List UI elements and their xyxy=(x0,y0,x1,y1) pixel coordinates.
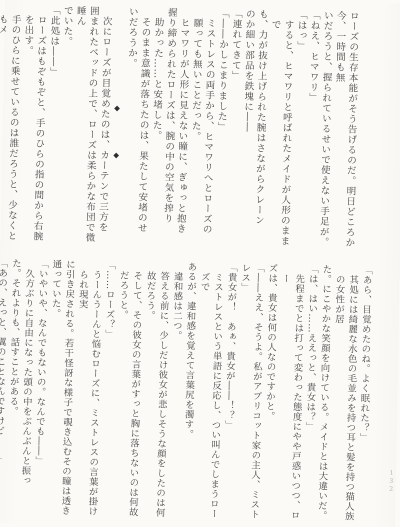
text-column: 先程までとは打って変わった態度にやや戸惑いつつ、ロー xyxy=(274,264,306,523)
text-column: 囲まれたベッドの上で、ローズは柔らかな布団で微睡ん xyxy=(69,6,100,249)
text-column: ローズはもぞもぞと、手のひらの指の間から右腕を出す。 xyxy=(17,5,48,248)
diamond-icon: ◆ xyxy=(113,151,120,159)
page-number: 132 xyxy=(388,470,395,494)
text-column: ミストレスという単語に反応し、つい叫んでしまうローズで xyxy=(193,262,225,521)
book-page: ローズの生存本能がそう告げるのだ。明日どころか今、一時間も無いだろうと、握られて… xyxy=(0,0,400,527)
diamond-icon: ◆ xyxy=(114,104,121,112)
text-column: うーんうーんと悩むローズに、ミストレスの言葉が掛けられ現実 xyxy=(71,260,103,519)
text-column: そして、その彼女の言葉がすっと胸に落ちないのは何故だろうと。 xyxy=(112,260,144,519)
text-block-bottom: 「あら、目覚めたのね。よく眠れた？」其処には綺麗な水色の毛並みを持つ耳と髪を持つ… xyxy=(0,257,373,525)
text-block-top: ローズの生存本能がそう告げるのだ。明日どころか今、一時間も無いだろうと、握られて… xyxy=(0,4,360,254)
text-column: ローズの生存本能がそう告げるのだ。明日どころか今、一時間も無 xyxy=(329,11,360,254)
text-column: 「――ええ、そうよ。私がアプリコット家の主人、ミストレス」 xyxy=(233,263,265,522)
text-column: 其処には綺麗な水色の毛並みを持つ耳と髪を持つ猫人族の女性が居 xyxy=(328,265,360,524)
text-column: に引き戻される。若干怪訝な様子で覗き込むその瞳は透き通っていた。 xyxy=(44,259,76,518)
text-column: 答える前に、少しだけ彼女が悲しそうな顔をしたのは何故だろう。 xyxy=(139,261,171,520)
text-column: すると、ヒマワリと呼ばれたメイドが人形のままで xyxy=(264,9,295,252)
